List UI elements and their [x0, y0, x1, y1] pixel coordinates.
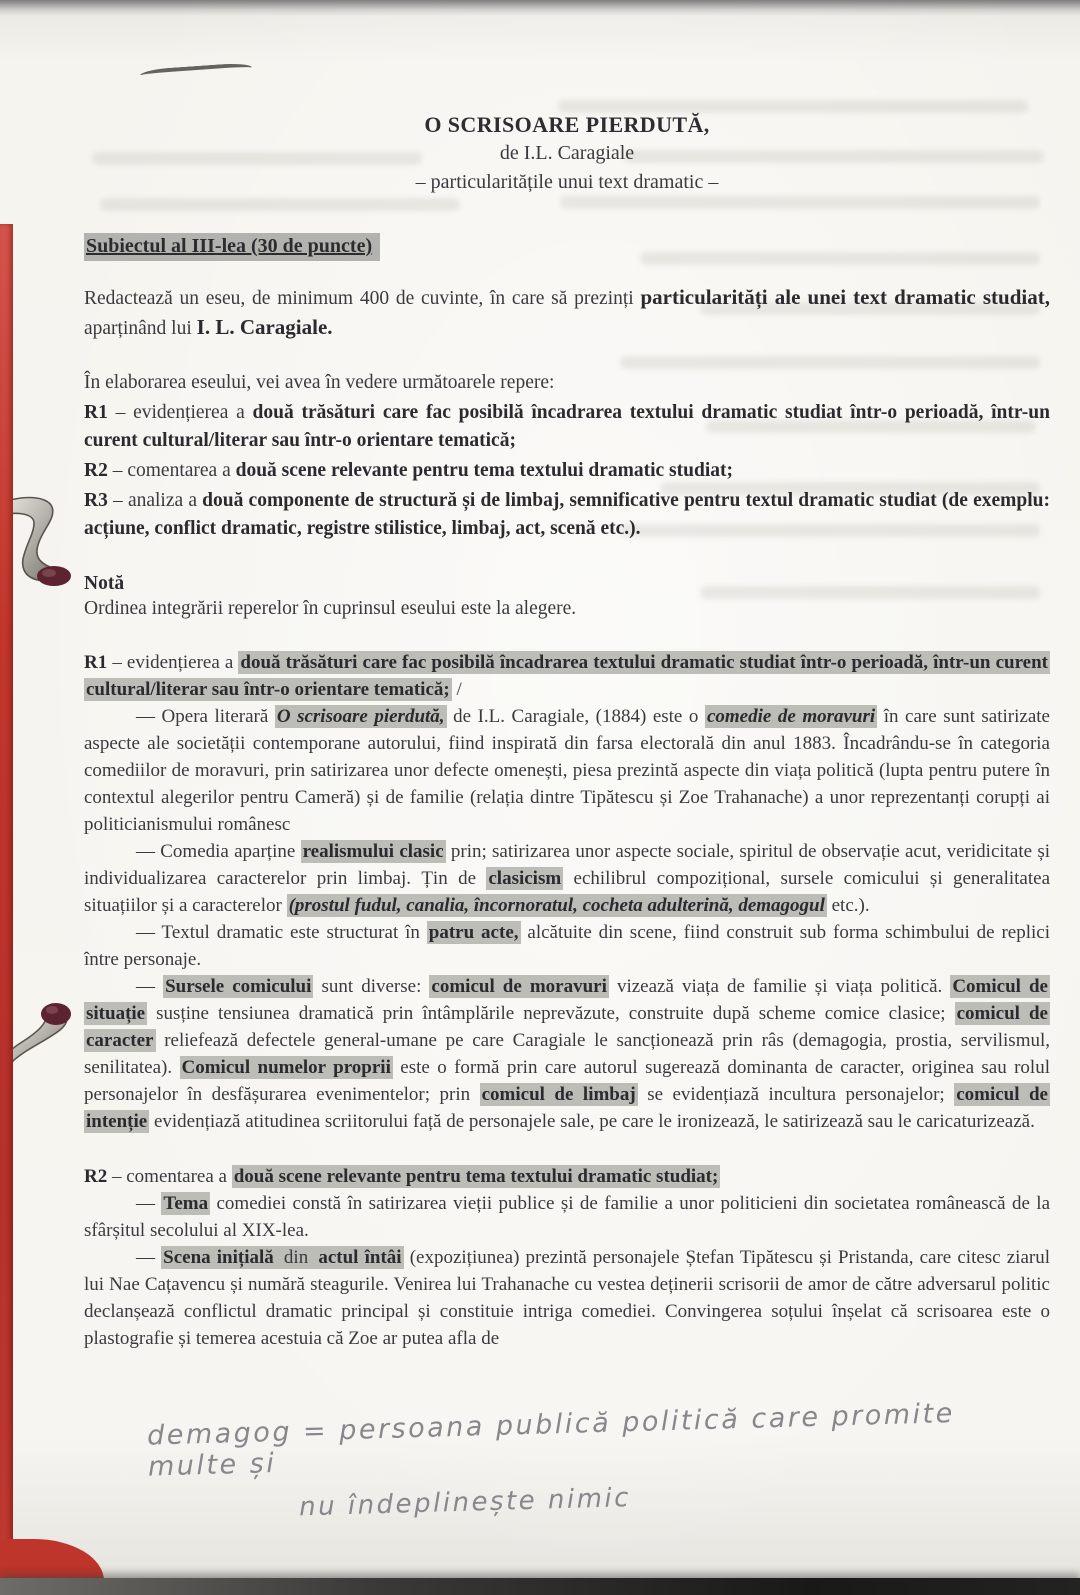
essay-r2-heading: R2 – comentarea a două scene relevante p…: [84, 1163, 1050, 1190]
subject-heading-text: Subiectul al III-lea (30 de puncte): [84, 233, 380, 261]
essay-paragraph: — Textul dramatic este structurat în pat…: [84, 919, 1050, 973]
guideline-r1: R1 – evidențierea a două trăsături care …: [84, 399, 1050, 455]
title-block: O SCRISOARE PIERDUTĂ, de I.L. Caragiale …: [84, 110, 1050, 197]
page-content: O SCRISOARE PIERDUTĂ, de I.L. Caragiale …: [84, 110, 1050, 1352]
guidelines-intro: În elaborarea eseului, vei avea în veder…: [84, 369, 1050, 397]
task-paragraph: Redactează un eseu, de minimum 400 de cu…: [84, 283, 1050, 343]
essay-paragraph: — Comedia aparține realismului clasic pr…: [84, 838, 1050, 919]
pen-mark: [140, 62, 252, 81]
scan-bottom-edge: [0, 1578, 1080, 1595]
handwritten-line: nu îndeplinește nimic: [299, 1471, 1050, 1522]
essay-paragraph: — Tema comediei constă în satirizarea vi…: [84, 1190, 1050, 1244]
red-folder-edge: [0, 224, 13, 1595]
author-byline: de I.L. Caragiale: [84, 139, 1050, 168]
work-title: O SCRISOARE PIERDUTĂ,: [84, 110, 1050, 139]
essay-paragraph: — Scena inițială din actul întâi (expozi…: [84, 1244, 1050, 1352]
scanned-exam-page: O SCRISOARE PIERDUTĂ, de I.L. Caragiale …: [0, 0, 1080, 1595]
guideline-r3: R3 – analiza a două componente de struct…: [84, 487, 1050, 543]
essay-paragraph: — Sursele comicului sunt diverse: comicu…: [84, 973, 1050, 1135]
scan-top-edge: [0, 0, 1080, 16]
note-text: Ordinea integrării reperelor în cuprinsu…: [84, 595, 1050, 623]
note-label: Notă: [84, 573, 1050, 595]
subtitle: – particularitățile unui text dramatic –: [84, 168, 1050, 197]
handwritten-line: demagog = persoana publică politică care…: [147, 1395, 1048, 1482]
essay-paragraph: — Opera literară O scrisoare pierdută, d…: [84, 703, 1050, 838]
guideline-r2: R2 – comentarea a două scene relevante p…: [84, 457, 1050, 485]
handwritten-note: demagog = persoana publică politică care…: [147, 1395, 1050, 1526]
essay-body: R1 – evidențierea a două trăsături care …: [84, 649, 1050, 1352]
essay-r1-heading: R1 – evidențierea a două trăsături care …: [84, 649, 1050, 703]
subject-heading: Subiectul al III-lea (30 de puncte): [84, 233, 1050, 261]
